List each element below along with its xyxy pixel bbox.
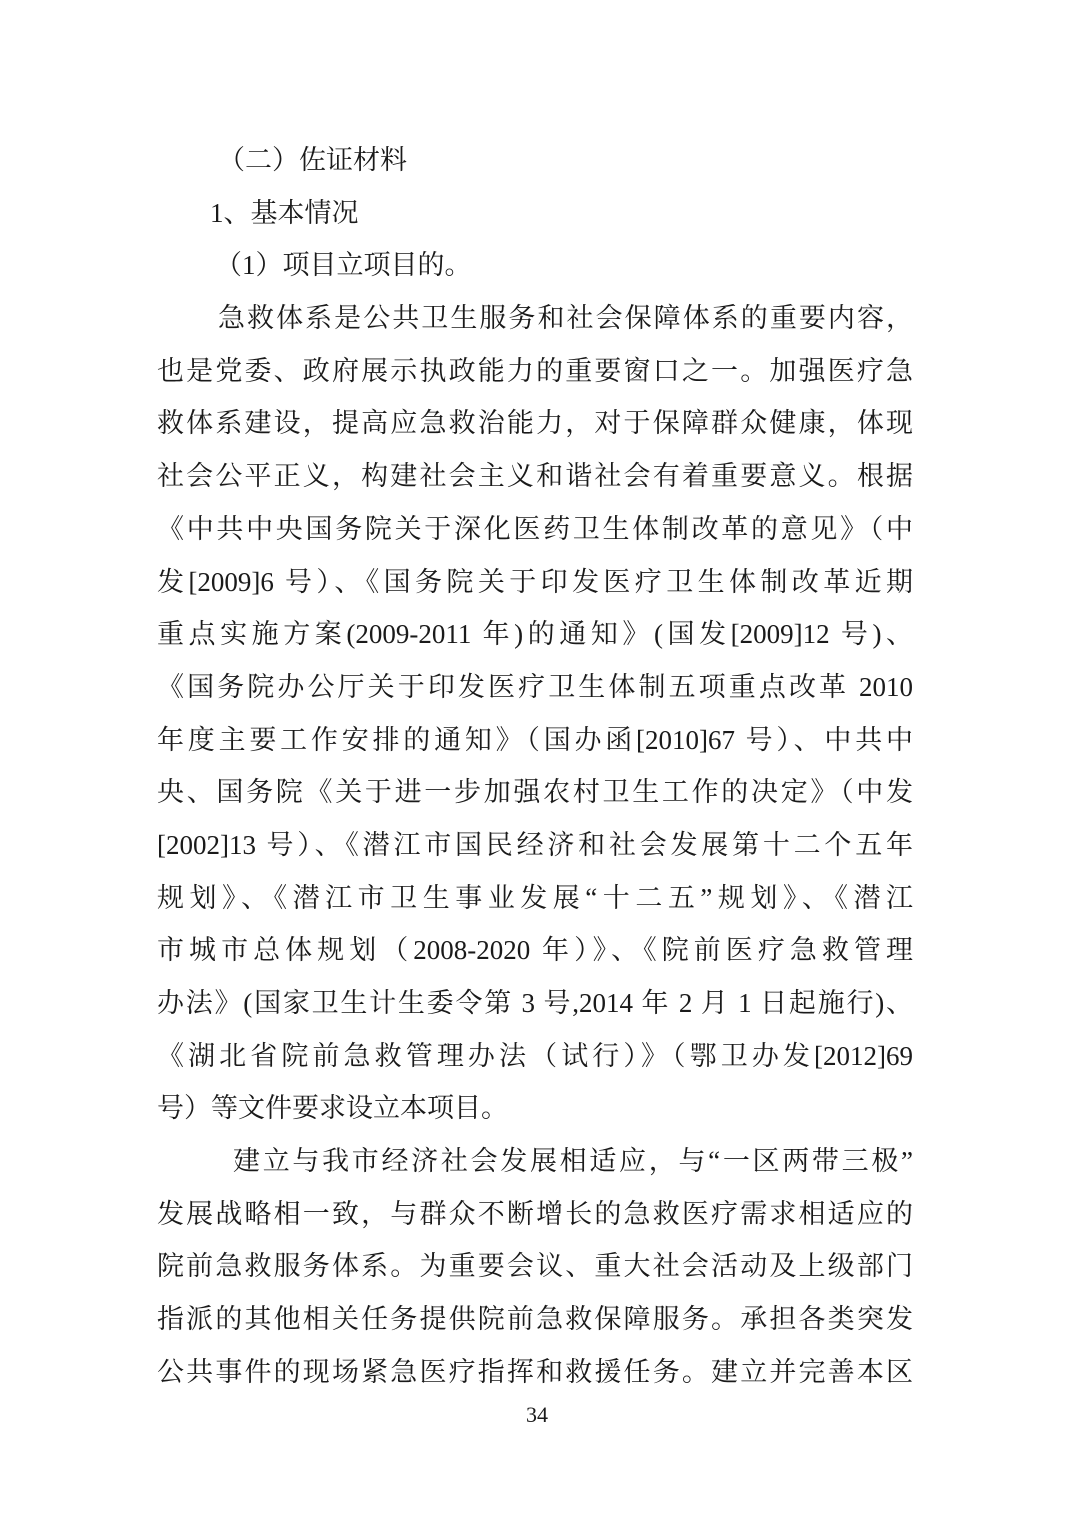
text-line: （二）佐证材料 (157, 134, 913, 187)
document-page: （二）佐证材料1、基本情况（1）项目立项目的。急救体系是公共卫生服务和社会保障体… (0, 0, 1074, 1520)
text-line: 《国务院办公厅关于印发医疗卫生体制五项重点改革 2010 (157, 661, 913, 714)
text-line: 央、国务院《关于进一步加强农村卫生工作的决定》（中发 (157, 766, 913, 819)
text-line: 年度主要工作安排的通知》（国办函[2010]67 号）、中共中 (157, 714, 913, 767)
text-line: [2002]13 号）、《潜江市国民经济和社会发展第十二个五年 (157, 819, 913, 872)
text-line: 重点实施方案(2009-2011 年)的通知》(国发[2009]12 号)、 (157, 608, 913, 661)
text-line: 院前急救服务体系。为重要会议、重大社会活动及上级部门 (157, 1240, 913, 1293)
text-line: 也是党委、政府展示执政能力的重要窗口之一。加强医疗急 (157, 345, 913, 398)
text-line: 社会公平正义，构建社会主义和谐社会有着重要意义。根据 (157, 450, 913, 503)
text-line: 《中共中央国务院关于深化医药卫生体制改革的意见》（中 (157, 503, 913, 556)
text-line: 急救体系是公共卫生服务和社会保障体系的重要内容， (157, 292, 913, 345)
text-line: 1、基本情况 (157, 187, 913, 240)
text-line: 号）等文件要求设立本项目。 (157, 1082, 913, 1135)
text-line: 规划》、《潜江市卫生事业发展“十二五”规划》、《潜江 (157, 872, 913, 925)
text-line: 发展战略相一致，与群众不断增长的急救医疗需求相适应的 (157, 1188, 913, 1241)
text-line: （1）项目立项目的。 (157, 239, 913, 292)
text-line: 办法》(国家卫生计生委令第 3 号,2014 年 2 月 1 日起施行)、 (157, 977, 913, 1030)
text-line: 建立与我市经济社会发展相适应，与“一区两带三极” (157, 1135, 913, 1188)
text-line: 救体系建设，提高应急救治能力，对于保障群众健康，体现 (157, 397, 913, 450)
text-line: 市城市总体规划（2008-2020 年）》、《院前医疗急救管理 (157, 924, 913, 977)
text-line: 公共事件的现场紧急医疗指挥和救援任务。建立并完善本区 (157, 1346, 913, 1399)
document-body: （二）佐证材料1、基本情况（1）项目立项目的。急救体系是公共卫生服务和社会保障体… (157, 134, 913, 1399)
text-line: 《湖北省院前急救管理办法（试行）》（鄂卫办发[2012]69 (157, 1030, 913, 1083)
text-line: 发[2009]6 号）、《国务院关于印发医疗卫生体制改革近期 (157, 556, 913, 609)
page-number: 34 (0, 1402, 1074, 1428)
text-line: 指派的其他相关任务提供院前急救保障服务。承担各类突发 (157, 1293, 913, 1346)
